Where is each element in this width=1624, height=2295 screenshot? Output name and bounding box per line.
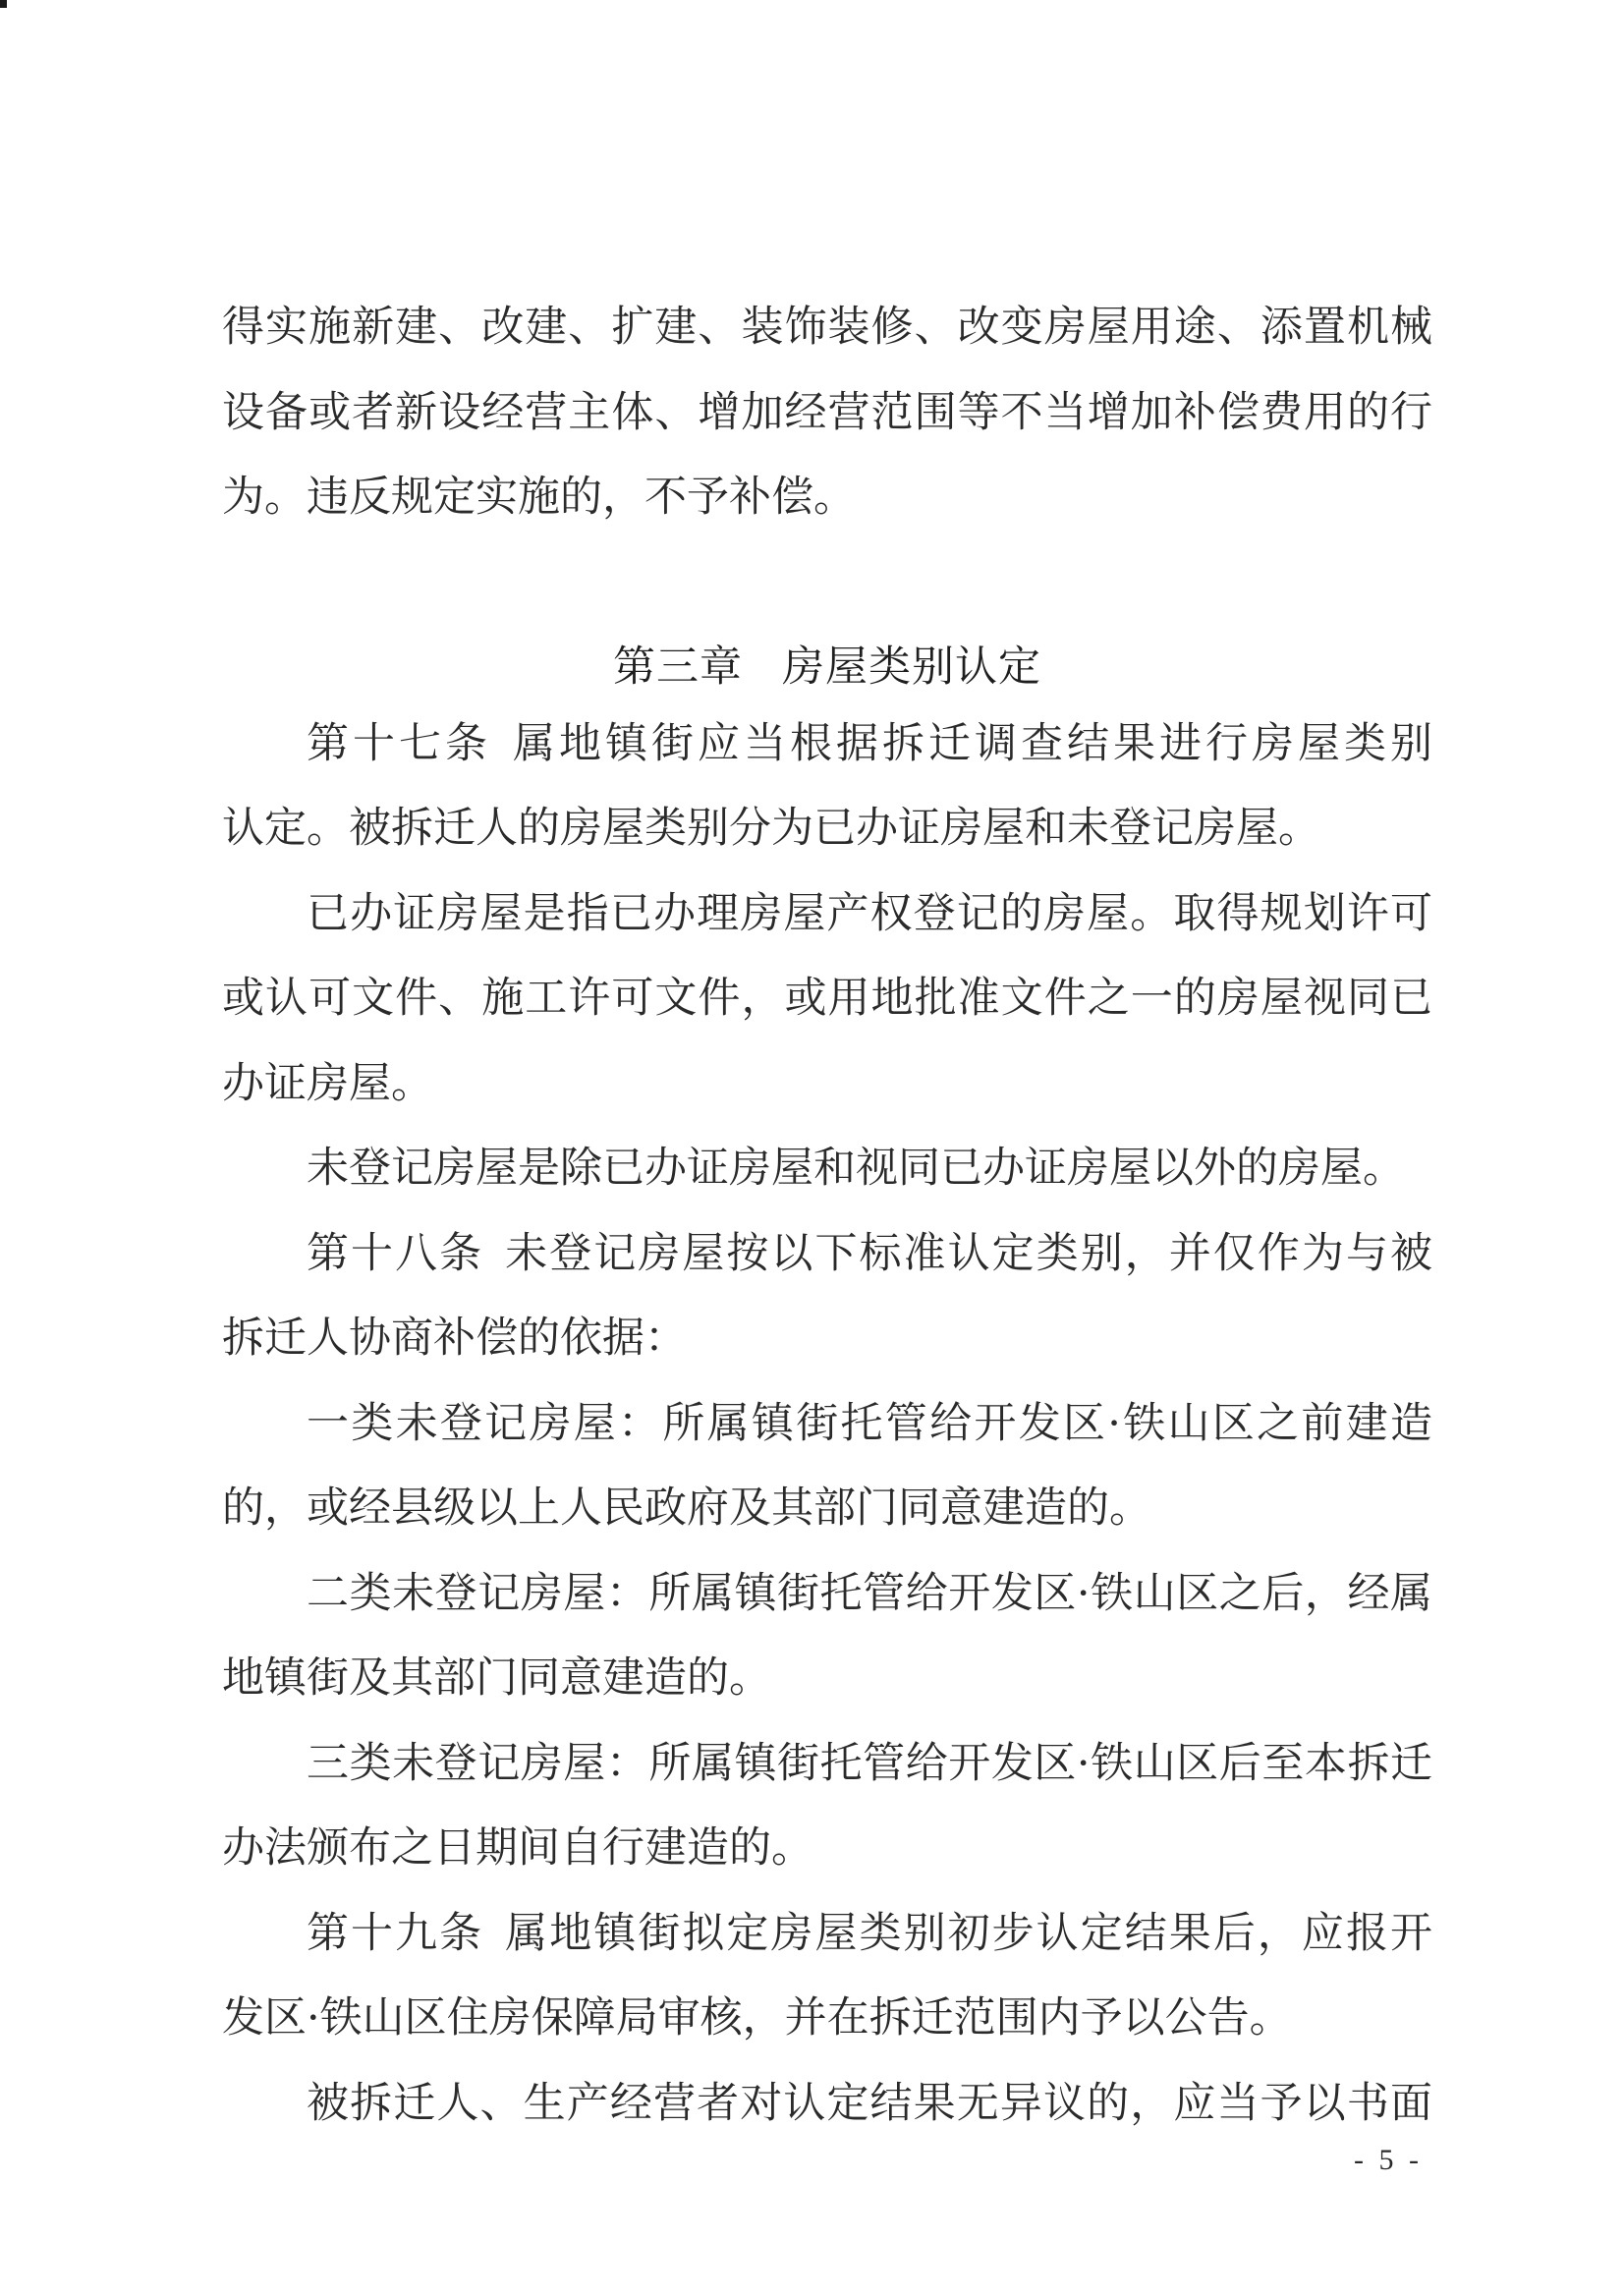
document-page: 得实施新建、改建、扩建、装饰装修、改变房屋用途、添置机械 设备或者新设经营主体、… (222, 285, 1432, 2146)
body-line: 或认可文件、施工许可文件，或用地批准文件之一的房屋视同已 (222, 956, 1432, 1041)
body-line: 未登记房屋是除已办证房屋和视同已办证房屋以外的房屋。 (222, 1126, 1432, 1211)
chapter-title: 房屋类别认定 (782, 643, 1041, 692)
article-19-line: 第十九条属地镇街拟定房屋类别初步认定结果后，应报开 (222, 1891, 1432, 1977)
article-18-line: 第十八条未登记房屋按以下标准认定类别，并仅作为与被 (222, 1211, 1432, 1297)
body-line: 办证房屋。 (222, 1041, 1432, 1127)
body-line: 认定。被拆迁人的房屋类别分为已办证房屋和未登记房屋。 (222, 786, 1432, 871)
body-line: 一类未登记房屋：所属镇街托管给开发区·铁山区之前建造 (222, 1381, 1432, 1467)
article-number: 第十七条 (307, 719, 491, 768)
body-line: 被拆迁人、生产经营者对认定结果无异议的，应当予以书面 (222, 2061, 1432, 2147)
body-line: 为。违反规定实施的，不予补偿。 (222, 455, 1432, 540)
body-line: 办法颁布之日期间自行建造的。 (222, 1806, 1432, 1891)
body-line: 设备或者新设经营主体、增加经营范围等不当增加补偿费用的行 (222, 370, 1432, 456)
chapter-number: 第三章 (613, 643, 743, 692)
chapter-heading: 第三章房屋类别认定 (222, 633, 1432, 701)
body-line: 的，或经县级以上人民政府及其部门同意建造的。 (222, 1466, 1432, 1551)
article-number: 第十九条 (307, 1909, 483, 1958)
body-line: 发区·铁山区住房保障局审核，并在拆迁范围内予以公告。 (222, 1976, 1432, 2061)
body-line: 已办证房屋是指已办理房屋产权登记的房屋。取得规划许可 (222, 871, 1432, 957)
body-line: 地镇街及其部门同意建造的。 (222, 1636, 1432, 1721)
body-line: 二类未登记房屋：所属镇街托管给开发区·铁山区之后，经属 (222, 1551, 1432, 1637)
body-line: 三类未登记房屋：所属镇街托管给开发区·铁山区后至本拆迁 (222, 1721, 1432, 1807)
body-line: 得实施新建、改建、扩建、装饰装修、改变房屋用途、添置机械 (222, 285, 1432, 370)
body-line: 拆迁人协商补偿的依据： (222, 1296, 1432, 1381)
article-number: 第十八条 (307, 1229, 483, 1278)
page-number: - 5 - (1354, 2144, 1423, 2177)
scan-edge-mark (0, 0, 7, 8)
article-17-line: 第十七条属地镇街应当根据拆迁调查结果进行房屋类别 (222, 701, 1432, 787)
